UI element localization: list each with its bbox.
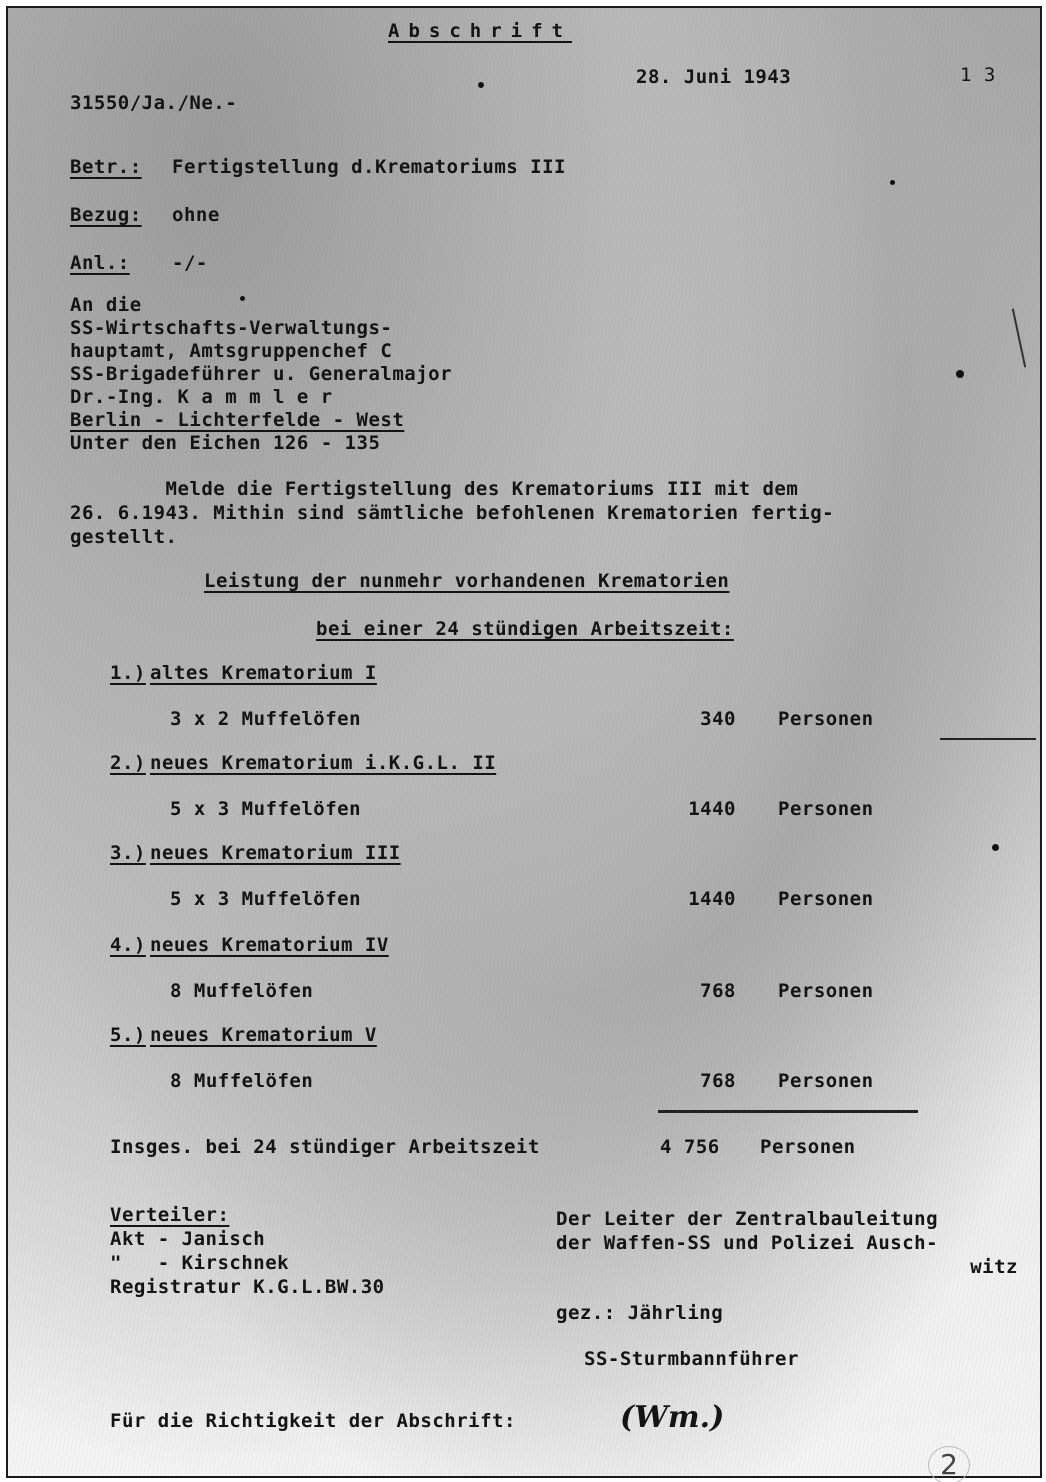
betr-label: Betr.:: [70, 156, 142, 178]
verteiler-label: Verteiler:: [110, 1204, 229, 1226]
signed-by: gez.: Jährling: [556, 1302, 723, 1324]
total-label: Insges. bei 24 stündiger Arbeitszeit: [110, 1136, 540, 1158]
reference-number: 31550/Ja./Ne.-: [70, 92, 237, 114]
entry-ovens: 5 x 3 Muffelöfen: [170, 888, 361, 910]
entry-unit: Personen: [778, 1070, 874, 1092]
body-line: gestellt.: [70, 526, 177, 548]
entry-unit: Personen: [778, 888, 874, 910]
document-heading: Abschrift: [388, 20, 572, 42]
page-number: 2: [928, 1446, 970, 1482]
betr-value: Fertigstellung d.Krematoriums III: [172, 156, 566, 178]
entry-name: neues Krematorium III: [150, 842, 401, 864]
sum-rule: [658, 1110, 918, 1113]
total-unit: Personen: [760, 1136, 856, 1158]
entry-ovens: 3 x 2 Muffelöfen: [170, 708, 361, 730]
entry-ovens: 8 Muffelöfen: [170, 1070, 313, 1092]
entry-unit: Personen: [778, 708, 874, 730]
entry-unit: Personen: [778, 980, 874, 1002]
entry-name: altes Krematorium I: [150, 662, 377, 684]
table-title: Leistung der nunmehr vorhandenen Kremato…: [204, 570, 729, 592]
addressee-line: hauptamt, Amtsgruppenchef C: [70, 340, 392, 362]
entry-unit: Personen: [778, 798, 874, 820]
entry-number: 4.): [110, 934, 146, 956]
verteiler-line: Registratur K.G.L.BW.30: [110, 1276, 385, 1298]
sender-line: witz: [868, 1256, 1018, 1278]
document-date: 28. Juni 1943: [636, 66, 791, 88]
entry-name: neues Krematorium IV: [150, 934, 389, 956]
verteiler-line: " - Kirschnek: [110, 1252, 289, 1274]
bezug-value: ohne: [172, 204, 220, 226]
entry-count: 340: [648, 708, 736, 730]
entry-name: neues Krematorium V: [150, 1024, 377, 1046]
rank: SS-Sturmbannführer: [584, 1348, 799, 1370]
addressee-line: Berlin - Lichterfelde - West: [70, 409, 404, 431]
total-count: 4 756: [660, 1136, 720, 1158]
ink-speck: [956, 370, 964, 378]
ink-speck: [890, 180, 895, 185]
ink-speck: [478, 82, 484, 88]
sender-line: der Waffen-SS und Polizei Ausch-: [556, 1232, 938, 1254]
bezug-label: Bezug:: [70, 204, 142, 226]
margin-mark: [940, 738, 1036, 740]
addressee-line: Dr.-Ing. K a m m l e r: [70, 386, 333, 408]
corner-mark: 1 3: [960, 64, 996, 86]
anl-value: -/-: [172, 252, 208, 274]
entry-ovens: 8 Muffelöfen: [170, 980, 313, 1002]
ink-speck: [992, 844, 999, 851]
addressee-line: An die: [70, 294, 142, 316]
entry-count: 768: [648, 1070, 736, 1092]
table-subtitle: bei einer 24 stündigen Arbeitszeit:: [316, 618, 734, 640]
certification-text: Für die Richtigkeit der Abschrift:: [110, 1410, 516, 1432]
addressee-line: SS-Wirtschafts-Verwaltungs-: [70, 317, 392, 339]
entry-count: 768: [648, 980, 736, 1002]
signature: (Wm.): [620, 1400, 724, 1435]
verteiler-line: Akt - Janisch: [110, 1228, 265, 1250]
margin-mark: [1012, 308, 1026, 367]
entry-number: 3.): [110, 842, 146, 864]
entry-number: 2.): [110, 752, 146, 774]
sender-line: Der Leiter der Zentralbauleitung: [556, 1208, 938, 1230]
anl-label: Anl.:: [70, 252, 130, 274]
addressee-line: SS-Brigadeführer u. Generalmajor: [70, 363, 452, 385]
ink-speck: [240, 296, 245, 301]
entry-name: neues Krematorium i.K.G.L. II: [150, 752, 496, 774]
body-line: Melde die Fertigstellung des Krematorium…: [70, 478, 798, 500]
entry-count: 1440: [648, 888, 736, 910]
entry-number: 1.): [110, 662, 146, 684]
entry-number: 5.): [110, 1024, 146, 1046]
body-line: 26. 6.1943. Mithin sind sämtliche befohl…: [70, 502, 834, 524]
document-page: Abschrift 28. Juni 1943 1 3 31550/Ja./Ne…: [6, 6, 1042, 1478]
entry-count: 1440: [648, 798, 736, 820]
entry-ovens: 5 x 3 Muffelöfen: [170, 798, 361, 820]
addressee-line: Unter den Eichen 126 - 135: [70, 432, 380, 454]
